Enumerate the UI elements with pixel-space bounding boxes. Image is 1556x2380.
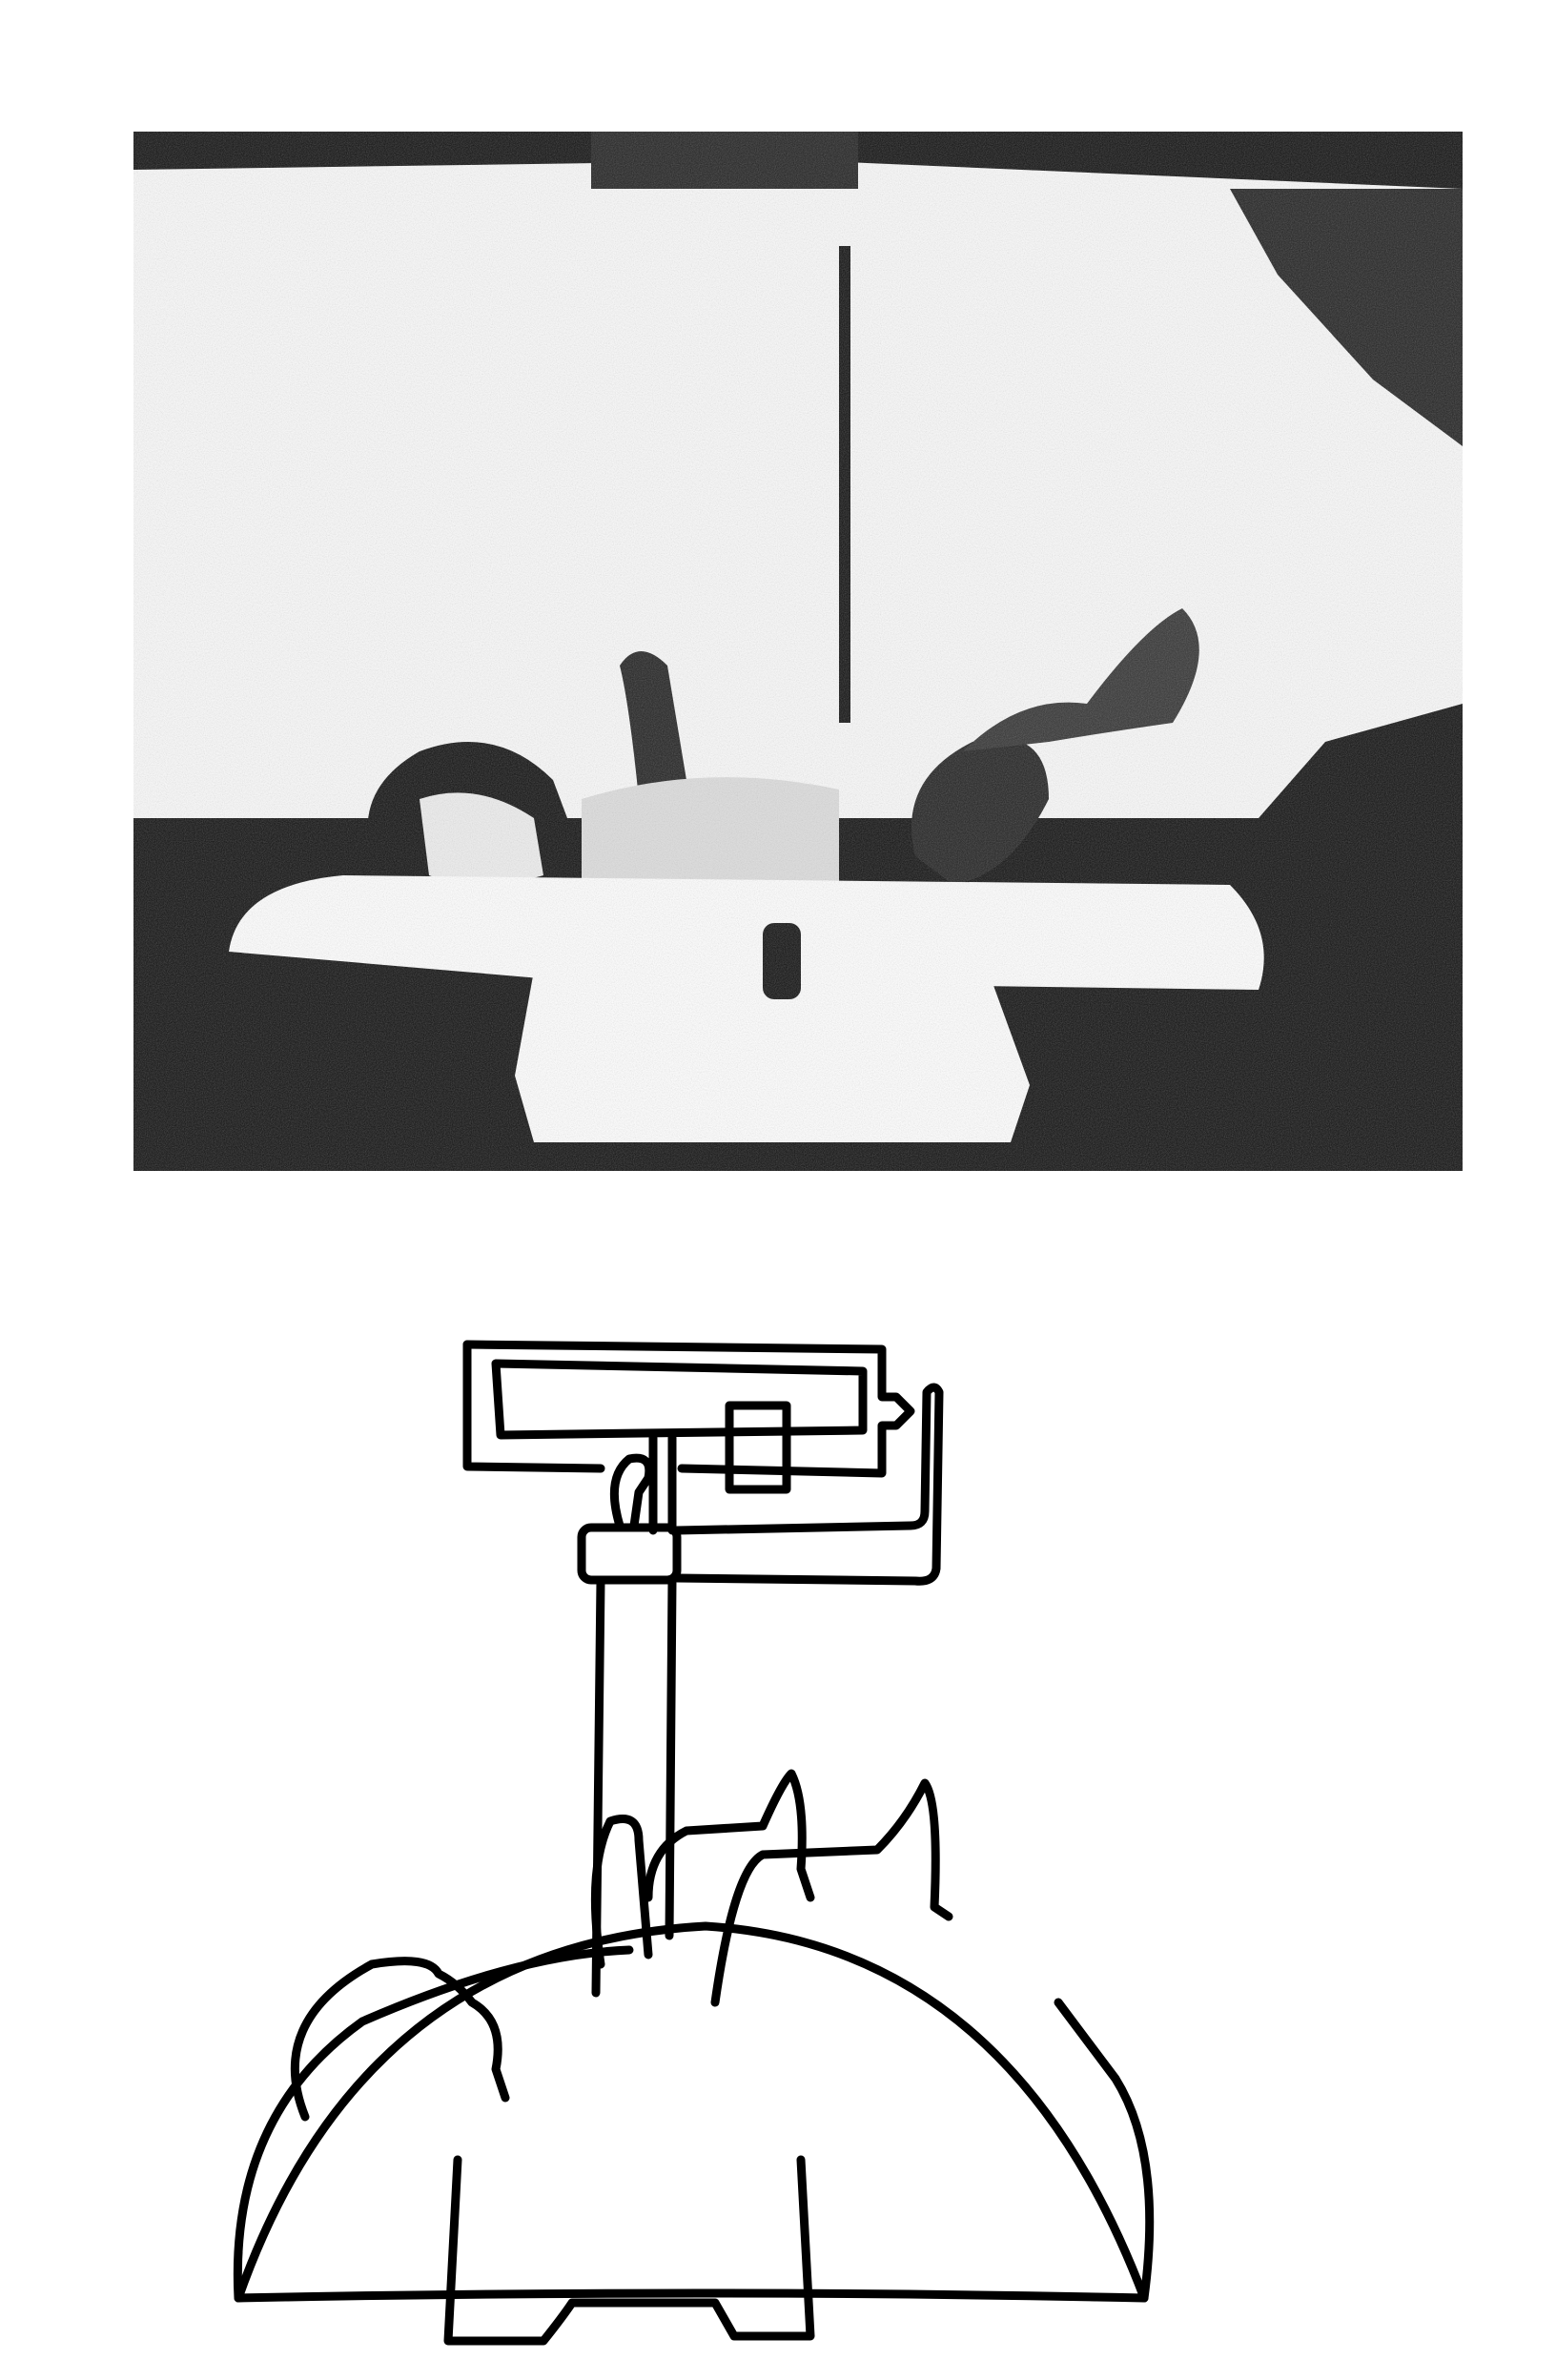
scale-pan: [238, 1926, 1144, 2298]
line-drawing-infant-scale: [229, 1335, 1239, 2355]
scale-base: [448, 2160, 810, 2341]
scale-drawing: [229, 1335, 1239, 2355]
photo-infant-on-scale: [133, 132, 1463, 1171]
hook-icon: [614, 1458, 648, 1526]
photo-illustration: [133, 132, 1463, 1171]
sliding-weight: [729, 1405, 787, 1489]
